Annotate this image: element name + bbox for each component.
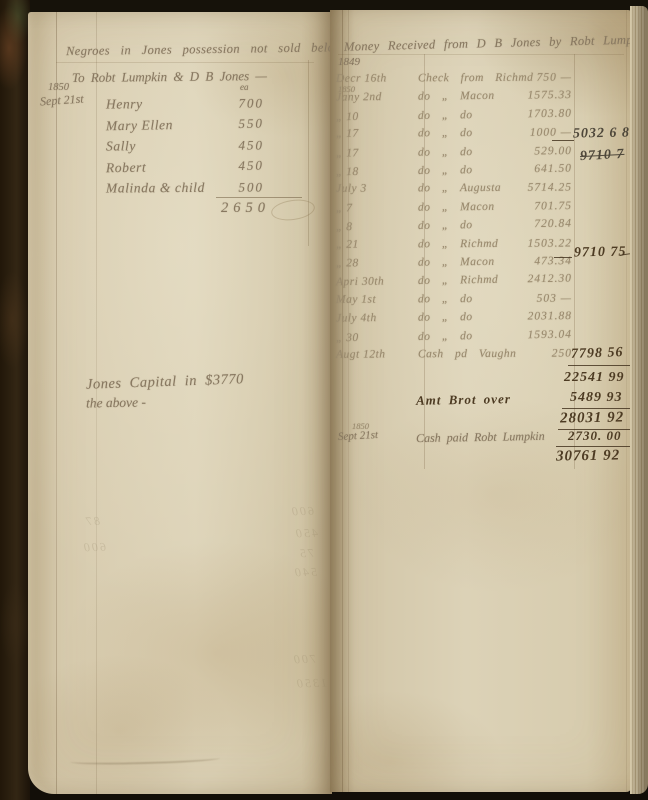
ledger-book-scan: Negroes in Jones possession not sold bel… bbox=[0, 0, 648, 800]
row-date: „ 21 bbox=[336, 238, 359, 250]
bleedthrough-number: 75 bbox=[298, 546, 315, 562]
row-description: do „ Augusta bbox=[418, 182, 501, 194]
row-amount: 529.00 bbox=[506, 145, 572, 158]
amount-brought-over-label: Amt Brot over bbox=[416, 391, 511, 409]
subtotal-spring: 9710 75 bbox=[574, 245, 627, 262]
person-name: Mary Ellen bbox=[106, 117, 173, 134]
row-amount: 1000 — bbox=[506, 127, 572, 139]
row-description: do „ Macon bbox=[418, 256, 495, 269]
row-amount: 503 — bbox=[506, 292, 572, 304]
person-name: Robert bbox=[106, 160, 147, 177]
header-underline bbox=[56, 62, 314, 63]
row-date: „ 18 bbox=[336, 166, 359, 178]
row-date: July 3 bbox=[336, 183, 367, 195]
row-description: do „ do bbox=[418, 109, 473, 122]
unit-label: ea bbox=[240, 82, 249, 92]
row-description: Cash pd Vaughn bbox=[418, 348, 516, 361]
amount-brought-over-value: 5489 93 bbox=[570, 390, 623, 406]
person-name: Henry bbox=[106, 96, 143, 112]
left-page: Negroes in Jones possession not sold bel… bbox=[28, 12, 332, 794]
capital-note-line2: the above - bbox=[86, 394, 146, 411]
row-date: Apri 30th bbox=[336, 276, 384, 289]
person-value: 550 bbox=[210, 116, 264, 133]
row-description: do „ do bbox=[418, 330, 473, 343]
row-amount: 2031.88 bbox=[506, 310, 572, 323]
row-amount: 5714.25 bbox=[506, 182, 572, 194]
row-date: „ 8 bbox=[336, 221, 353, 233]
consignment-title: To Robt Lumpkin & D B Jones — bbox=[72, 68, 267, 86]
bleedthrough-number: 600 bbox=[82, 540, 107, 556]
bleedthrough-number: 450 bbox=[294, 526, 319, 542]
running-total: 22541 99 bbox=[564, 370, 625, 386]
row-description: do „ do bbox=[418, 146, 473, 159]
person-value: 700 bbox=[210, 95, 264, 111]
bleedthrough-number: 1350 bbox=[295, 675, 328, 691]
start-year: 1849 bbox=[338, 56, 360, 68]
bleedthrough-number: 700 bbox=[292, 652, 317, 668]
row-description: do „ Macon bbox=[418, 201, 495, 214]
row-amount: 1575.33 bbox=[506, 89, 572, 102]
row-description: do „ Richmd bbox=[418, 238, 498, 250]
row-date: July 4th bbox=[336, 312, 377, 324]
cash-entry-date: Sept 21st bbox=[338, 429, 379, 443]
row-date: „ 17 bbox=[336, 147, 359, 159]
row-description: do „ Macon bbox=[418, 90, 495, 103]
entry-year: 1850 bbox=[48, 82, 69, 93]
bleedthrough-number: 540 bbox=[293, 565, 318, 581]
row-date: Augt 12th bbox=[336, 348, 386, 360]
ledger-row: May 1stdo „ do503 — bbox=[330, 292, 632, 312]
left-page-heading: Negroes in Jones possession not sold bel… bbox=[66, 40, 365, 59]
row-date: Jany 2nd bbox=[336, 91, 382, 103]
row-amount: 1703.80 bbox=[506, 107, 572, 120]
ledger-row: Decr 16thCheck from Richmd750 — bbox=[330, 71, 632, 91]
person-value: 450 bbox=[210, 158, 264, 175]
row-date: „ 7 bbox=[336, 202, 353, 214]
row-amount: 1593.04 bbox=[506, 328, 572, 341]
subtotal-summer: 7798 56 bbox=[571, 345, 624, 363]
left-total: 2650 bbox=[204, 200, 270, 217]
row-date: „ 28 bbox=[336, 257, 359, 269]
row-description: do „ do bbox=[418, 127, 473, 139]
row-amount: 1503.22 bbox=[506, 237, 572, 249]
person-name: Malinda & child bbox=[106, 180, 205, 197]
row-amount: 750 — bbox=[506, 72, 572, 84]
right-page-heading: Money Received from D B Jones by Robt Lu… bbox=[344, 32, 648, 54]
row-description: do „ Richmd bbox=[418, 274, 498, 287]
bleedthrough-number: 87 bbox=[84, 514, 101, 530]
cash-paid-amount: 2730. 00 bbox=[568, 428, 622, 444]
row-date: Decr 16th bbox=[336, 72, 387, 84]
subtotal-tick bbox=[554, 257, 572, 258]
row-amount: 2412.30 bbox=[506, 273, 572, 286]
ledger-row: Apri 30thdo „ Richmd2412.30 bbox=[330, 272, 632, 295]
row-description: do „ do bbox=[418, 164, 473, 177]
total-line bbox=[568, 365, 630, 366]
grand-total: 30761 92 bbox=[556, 447, 621, 465]
right-page: Money Received from D B Jones by Robt Lu… bbox=[330, 10, 632, 792]
header-underline bbox=[338, 54, 624, 55]
person-name: Sally bbox=[106, 138, 136, 154]
row-description: do „ do bbox=[418, 293, 473, 305]
subtotal-tick bbox=[552, 140, 574, 141]
row-amount: 720.84 bbox=[506, 218, 572, 231]
bleedthrough-number: 600 bbox=[290, 504, 315, 520]
cash-paid-label: Cash paid Robt Lumpkin bbox=[416, 429, 545, 446]
combined-total: 28031 92 bbox=[560, 409, 625, 427]
bleedthrough-script bbox=[70, 754, 220, 766]
subtotal-january: 5032 6 8 bbox=[573, 126, 630, 143]
row-description: do „ do bbox=[418, 311, 473, 324]
book-cover-binding bbox=[0, 0, 30, 800]
row-date: „ 17 bbox=[336, 128, 359, 140]
person-row: Malinda & child500 bbox=[28, 179, 332, 203]
row-date: „ 10 bbox=[336, 111, 359, 123]
row-date: „ 30 bbox=[336, 332, 359, 344]
row-amount: 701.75 bbox=[506, 200, 572, 213]
ledger-row: „ 8do „ do720.84 bbox=[330, 217, 632, 240]
person-value: 450 bbox=[210, 137, 264, 153]
page-stack-edge bbox=[630, 6, 648, 794]
row-description: do „ do bbox=[418, 219, 473, 232]
person-value: 500 bbox=[210, 179, 264, 195]
sum-line bbox=[216, 197, 302, 198]
row-amount: 250 bbox=[506, 348, 572, 360]
row-amount: 641.50 bbox=[506, 163, 572, 176]
capital-note-line1: Jones Capital in $3770 bbox=[86, 371, 244, 394]
ledger-row: July 3do „ Augusta5714.25 bbox=[330, 182, 632, 202]
row-date: May 1st bbox=[336, 293, 376, 305]
crossed-out-figure: 9710 7 bbox=[580, 147, 625, 165]
